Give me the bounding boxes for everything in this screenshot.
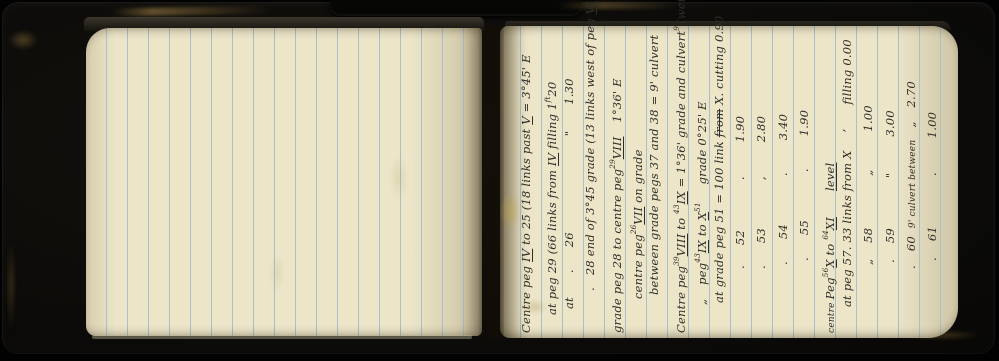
handwriting-line: .55.1.90 [794,29,815,335]
handwriting-segment: V [516,116,537,125]
blank-ruled-page-left [86,28,482,336]
handwriting-segment: 26 [559,232,580,247]
handwriting-segment: 58 [858,228,879,243]
handwriting-segment: , [751,176,772,180]
handwriting-segment: " [880,173,901,179]
handwriting-segment: between grade pegs 37 and 38 = 9' culver… [644,35,665,295]
handwriting-segment: from [709,109,730,137]
handwriting-segment: 61 [922,226,943,241]
handwriting-segment: . [751,265,772,269]
paper-stain [386,148,412,208]
handwriting-segment: . [773,172,794,176]
paper-stain [266,248,288,298]
handwriting-segment: to 25 (18 links past [516,125,537,249]
handwriting-segment: 3.00 [880,110,901,136]
photo-of-open-notebook: Centre peg IV to 25 (18 links past V = 3… [0,0,999,361]
handwriting-segment: 54 [773,224,794,239]
handwriting-segment: 9' culvert between [903,140,924,228]
handwriting-line: at peg 29 (66 links from IV filling 1ft2… [537,29,558,335]
handwriting-block: Centre peg IV to 25 (18 links past V = 3… [506,29,952,335]
handwriting-segment: 2.70 [901,81,922,107]
handwriting-segment: „ [858,170,879,176]
cover-spine-strap [330,0,582,16]
handwriting-segment: 26 [623,225,644,235]
handwriting-segment: ’ [837,129,858,133]
handwriting-segment: 39 [666,256,687,266]
handwriting-segment: 51 [687,202,708,212]
handwriting-line: .61.1.00 [922,29,943,335]
handwriting-line: at peg 57. 33 links from X’filling 0.00 [837,29,858,335]
handwriting-segment: at [559,297,580,309]
cover-wear-mark [6,240,16,330]
handwriting-line: at grade peg 51 = 100 link from X. cutti… [709,29,730,335]
handwriting-segment: 1.00 [858,105,879,131]
handwriting-segment: 43 [687,253,708,263]
handwriting-line: „58„1.00 [858,29,879,335]
handwriting-segment: . [794,168,815,172]
handwriting-segment: 1.00 [922,112,943,138]
handwriting-segment: 28 end of 3°45 grade (13 links west of p… [580,14,601,275]
paper-stain [518,296,552,318]
handwriting-segment: 60 [901,236,922,251]
handwriting-segment: „ [901,121,922,127]
handwriting-segment: = 3°45' E [516,54,537,116]
cover-wear-mark [556,2,676,9]
handwriting-line: centre peg26VII on grade [623,29,644,335]
handwriting-line: .609' culvert between„2.70 [901,29,922,335]
handwriting-segment: " [559,131,580,137]
notebook-gutter-shadow [478,26,504,338]
handwriting-segment: (wet) [671,0,692,24]
handwriting-segment: at peg 57. 33 links from X [837,151,858,307]
handwriting-segment: 3.40 [773,114,794,140]
handwriting-segment: 9' [666,24,687,31]
handwriting-segment: . [773,261,794,265]
handwriting-line: .53,2.80 [751,29,772,335]
handwriting-segment: 1.90 [730,116,751,142]
handwriting-segment: 1.90 [794,110,815,136]
handwriting-segment: . [730,176,751,180]
handwriting-line: .59"3.00 [880,29,901,335]
handwriting-segment: 59 [880,228,901,243]
handwriting-segment: . [901,265,922,269]
handwriting-segment: VI [580,1,601,14]
handwriting-segment: 43 [666,204,687,214]
handwriting-line: at.26"1.30 [559,29,580,335]
handwriting-segment: „ [858,259,879,265]
handwriting-segment: . [922,257,943,261]
handwriting-segment: . [794,257,815,261]
handwriting-segment: . [922,172,943,176]
handwriting-line: centre Peg56X to 64XIlevel [815,29,836,335]
cover-wear-mark [8,30,38,50]
handwriting-segment: 64 [815,230,836,240]
handwriting-segment: filling 0.00 [837,39,858,104]
handwriting-segment: 56 [815,268,836,278]
handwriting-segment: . [580,287,601,291]
handwriting-line: Centre peg IV to 25 (18 links past V = 3… [516,29,537,335]
handwriting-line: grade peg 28 to centre peg29VIII1°36' E [602,29,623,335]
handwriting-segment: IV [516,249,537,262]
handwriting-segment: X. cutting 0.90 [709,16,730,109]
handwriting-segment: . [559,269,580,273]
handwriting-line: between grade pegs 37 and 38 = 9' culver… [644,29,665,335]
handwriting-segment: ft [537,97,558,103]
paper-stain [496,186,524,236]
handwriting-segment: 1°36' E [607,78,628,122]
handwriting-segment: at grade peg 51 = 100 link [709,137,730,303]
handwriting-segment: 53 [751,228,772,243]
handwriting-line: .28 end of 3°45 grade (13 links west of … [580,29,601,335]
handwriting-segment: 29 [602,159,623,169]
handwriting-segment: . [730,265,751,269]
handwriting-line: Centre peg39VIII to 43IX = 1°36' grade a… [666,29,687,335]
handwriting-segment: 52 [730,230,751,245]
handwriting-line: .52.1.90 [730,29,751,335]
handwriting-segment: 2.80 [751,116,772,142]
handwriting-segment: 1.30 [559,78,580,104]
page-bottom-edge [92,335,472,339]
handwriting-segment: 55 [794,220,815,235]
handwriting-line: .54.3.40 [773,29,794,335]
handwritten-ruled-page-right: Centre peg IV to 25 (18 links past V = 3… [500,26,958,338]
handwriting-segment: . [880,259,901,263]
